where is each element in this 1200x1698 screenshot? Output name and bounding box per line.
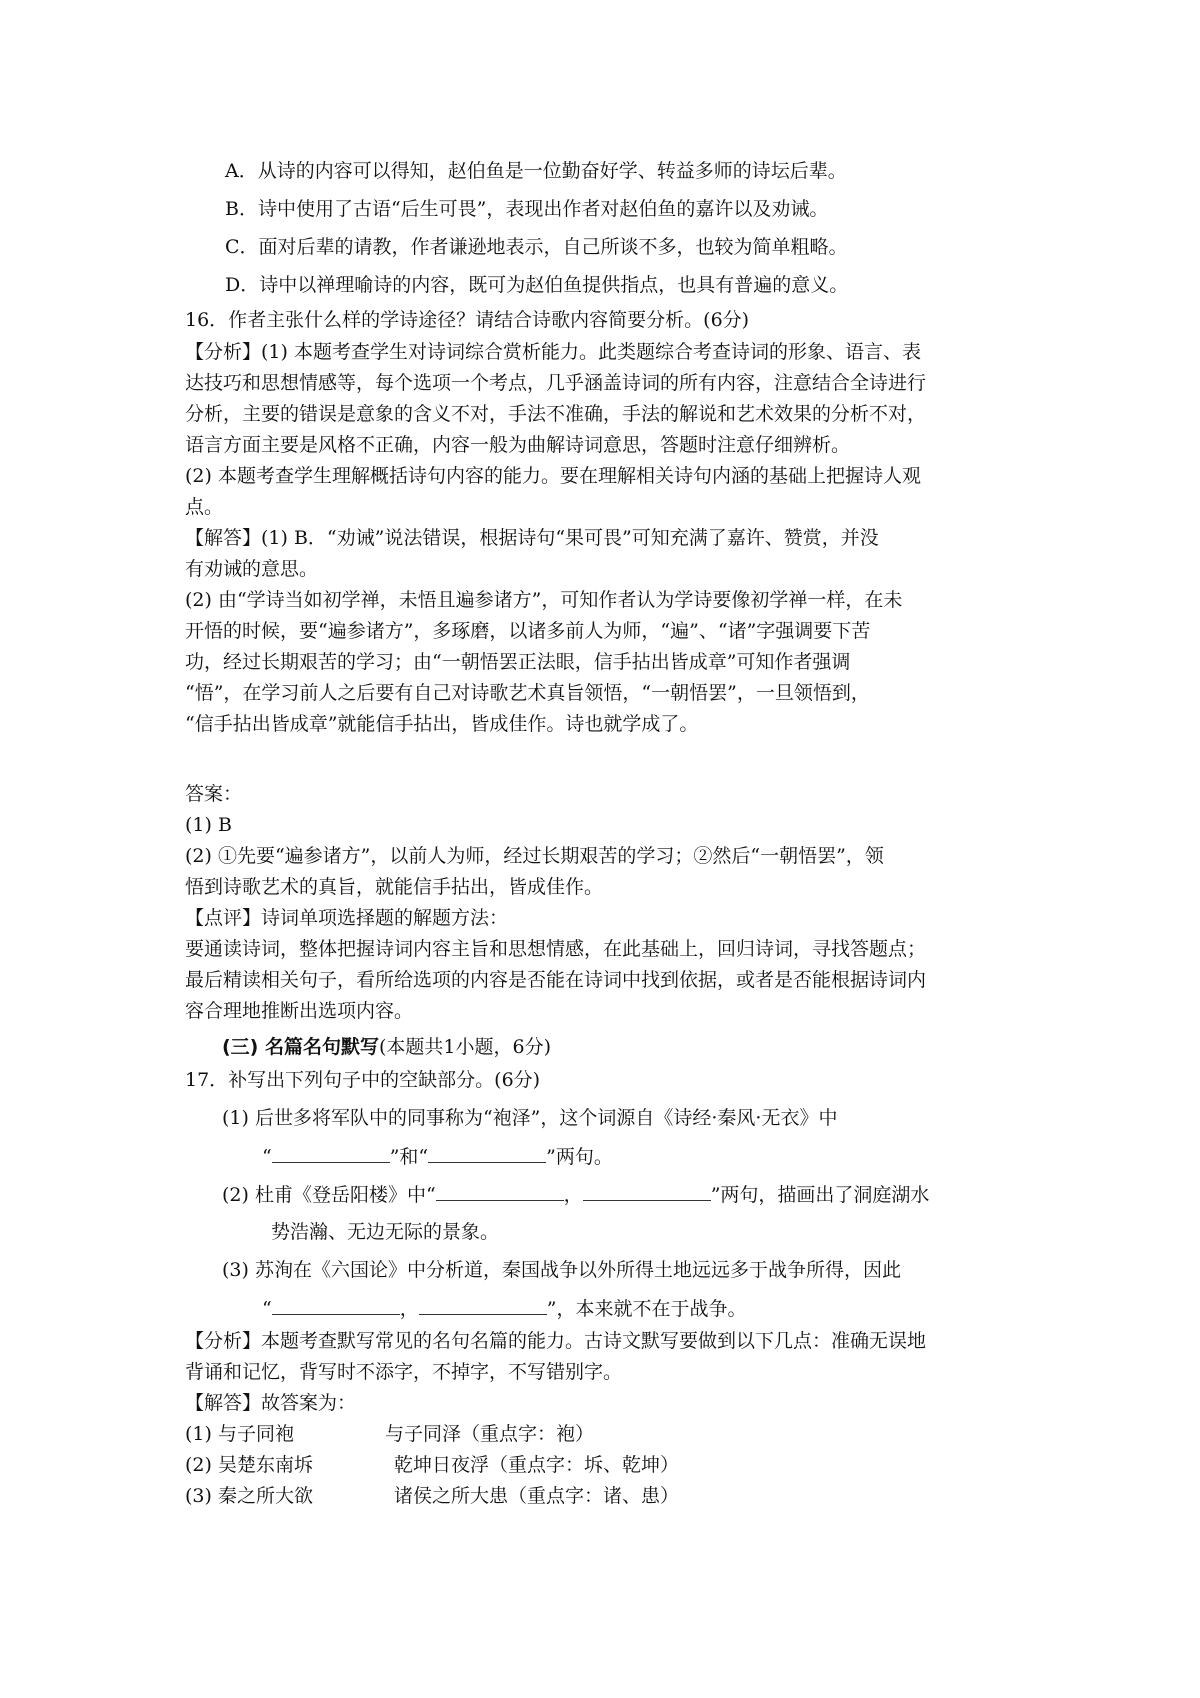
q16-answer-line: 悟到诗歌艺术的真旨，就能信手拈出，皆成佳作。 — [185, 875, 603, 899]
q16-comment-line: 【点评】诗词单项选择题的解题方法： — [185, 906, 508, 930]
q16-solution-line: (2) 由“学诗当如初学禅，未悟且遍参诸方”，可知作者认为学诗要像初学禅一样，在… — [185, 588, 902, 612]
q16-answer-line: (2) ①先要“遍参诸方”，以前人为师，经过长期艰苦的学习；②然后“一朝悟罢”，… — [185, 844, 884, 868]
q16-solution-line: 有劝诫的意思。 — [185, 557, 318, 581]
q16-comment-line: 最后精读相关句子，看所给选项的内容是否能在诗词中找到依据，或者是否能根据诗词内 — [185, 968, 926, 992]
q16-analysis-line: 点。 — [185, 495, 223, 519]
blank-field[interactable] — [436, 1182, 564, 1201]
q17-item-2-cont: 势浩瀚、无边无际的景象。 — [271, 1220, 499, 1244]
blank-field[interactable] — [583, 1182, 711, 1201]
q16-analysis-line: (2) 本题考查学生理解概括诗句内容的能力。要在理解相关诗句内涵的基础上把握诗人… — [185, 464, 921, 488]
q16-solution-line: 功，经过长期艰苦的学习；由“一朝悟罢正法眼，信手拈出皆成章”可知作者强调 — [185, 650, 850, 674]
q16-solution-line: “悟”，在学习前人之后要有自己对诗歌艺术真旨领悟，“一朝悟罢”，一旦领悟到， — [185, 681, 870, 705]
q16-comment-line: 容合理地推断出选项内容。 — [185, 999, 413, 1023]
question-17: 17．补写出下列句子中的空缺部分。(6分) — [185, 1068, 540, 1092]
q16-solution-line: 开悟的时候，要“遍参诸方”，多琢磨，以诸多前人为师，“遍”、“诸”字强调要下苦 — [185, 619, 870, 643]
q16-answer-line: (1) B — [185, 813, 232, 837]
q17-item-3: (3) 苏洵在《六国论》中分析道，秦国战争以外所得土地远远多于战争所得，因此 — [222, 1258, 901, 1282]
option-b: B．诗中使用了古语“后生可畏”，表现出作者对赵伯鱼的嘉许以及劝诫。 — [225, 197, 828, 221]
q16-solution-line: “信手拈出皆成章”就能信手拈出，皆成佳作。诗也就学成了。 — [185, 712, 698, 736]
q16-analysis-line: 达技巧和思想情感等，每个选项一个考点，几乎涵盖诗词的所有内容，注意结合全诗进行 — [185, 371, 926, 395]
q16-comment-line: 要通读诗词，整体把握诗词内容主旨和思想情感，在此基础上，回归诗词，寻找答题点； — [185, 937, 926, 961]
q17-item-3-blanks: “，”，本来就不在于战争。 — [262, 1296, 746, 1321]
option-d: D．诗中以禅理喻诗的内容，既可为赵伯鱼提供指点，也具有普遍的意义。 — [225, 273, 848, 297]
q17-answer-row: (3) 秦之所大欲诸侯之所大患（重点字：诸、患） — [185, 1484, 679, 1508]
q17-solution-label: 【解答】故答案为： — [185, 1391, 356, 1415]
q17-item-1-blanks: “”和“”两句。 — [262, 1144, 613, 1169]
q17-answer-row: (2) 吴楚东南坼乾坤日夜浮（重点字：坼、乾坤） — [185, 1453, 679, 1477]
q17-answer-row: (1) 与子同袍与子同泽（重点字：袍） — [185, 1422, 594, 1446]
q16-analysis-line: 分析，主要的错误是意象的含义不对，手法不准确，手法的解说和艺术效果的分析不对， — [185, 402, 926, 426]
section-3-note: (本题共1小题，6分) — [379, 1036, 551, 1058]
blank-field[interactable] — [419, 1296, 547, 1315]
question-16: 16．作者主张什么样的学诗途径？请结合诗歌内容简要分析。(6分) — [185, 308, 749, 332]
blank-field[interactable] — [272, 1296, 400, 1315]
q17-item-2: (2) 杜甫《登岳阳楼》中“，”两句，描画出了洞庭湖水 — [222, 1182, 929, 1207]
q17-analysis-line: 【分析】本题考查默写常见的名句名篇的能力。古诗文默写要做到以下几点：准确无误地 — [185, 1329, 926, 1353]
section-3-heading: (三) 名篇名句默写(本题共1小题，6分) — [222, 1035, 551, 1059]
answer-label: 答案： — [185, 782, 242, 806]
q16-analysis-line: 【分析】(1) 本题考查学生对诗词综合赏析能力。此类题综合考查诗词的形象、语言、… — [185, 340, 921, 364]
option-c: C．面对后辈的请教，作者谦逊地表示，自己所谈不多，也较为简单粗略。 — [225, 235, 848, 259]
q17-item-1: (1) 后世多将军队中的同事称为“袍泽”，这个词源自《诗经·秦风·无衣》中 — [222, 1106, 837, 1130]
q16-analysis-line: 语言方面主要是风格不正确，内容一般为曲解诗词意思，答题时注意仔细辨析。 — [185, 433, 850, 457]
blank-field[interactable] — [428, 1144, 546, 1163]
section-3-title: (三) 名篇名句默写 — [222, 1036, 379, 1058]
q16-solution-line: 【解答】(1) B．“劝诫”说法错误，根据诗句“果可畏”可知充满了嘉许、赞赏，并… — [185, 526, 879, 550]
option-a: A．从诗的内容可以得知，赵伯鱼是一位勤奋好学、转益多师的诗坛后辈。 — [225, 159, 847, 183]
blank-field[interactable] — [272, 1144, 390, 1163]
q17-analysis-line: 背诵和记忆，背写时不添字，不掉字，不写错别字。 — [185, 1360, 622, 1384]
